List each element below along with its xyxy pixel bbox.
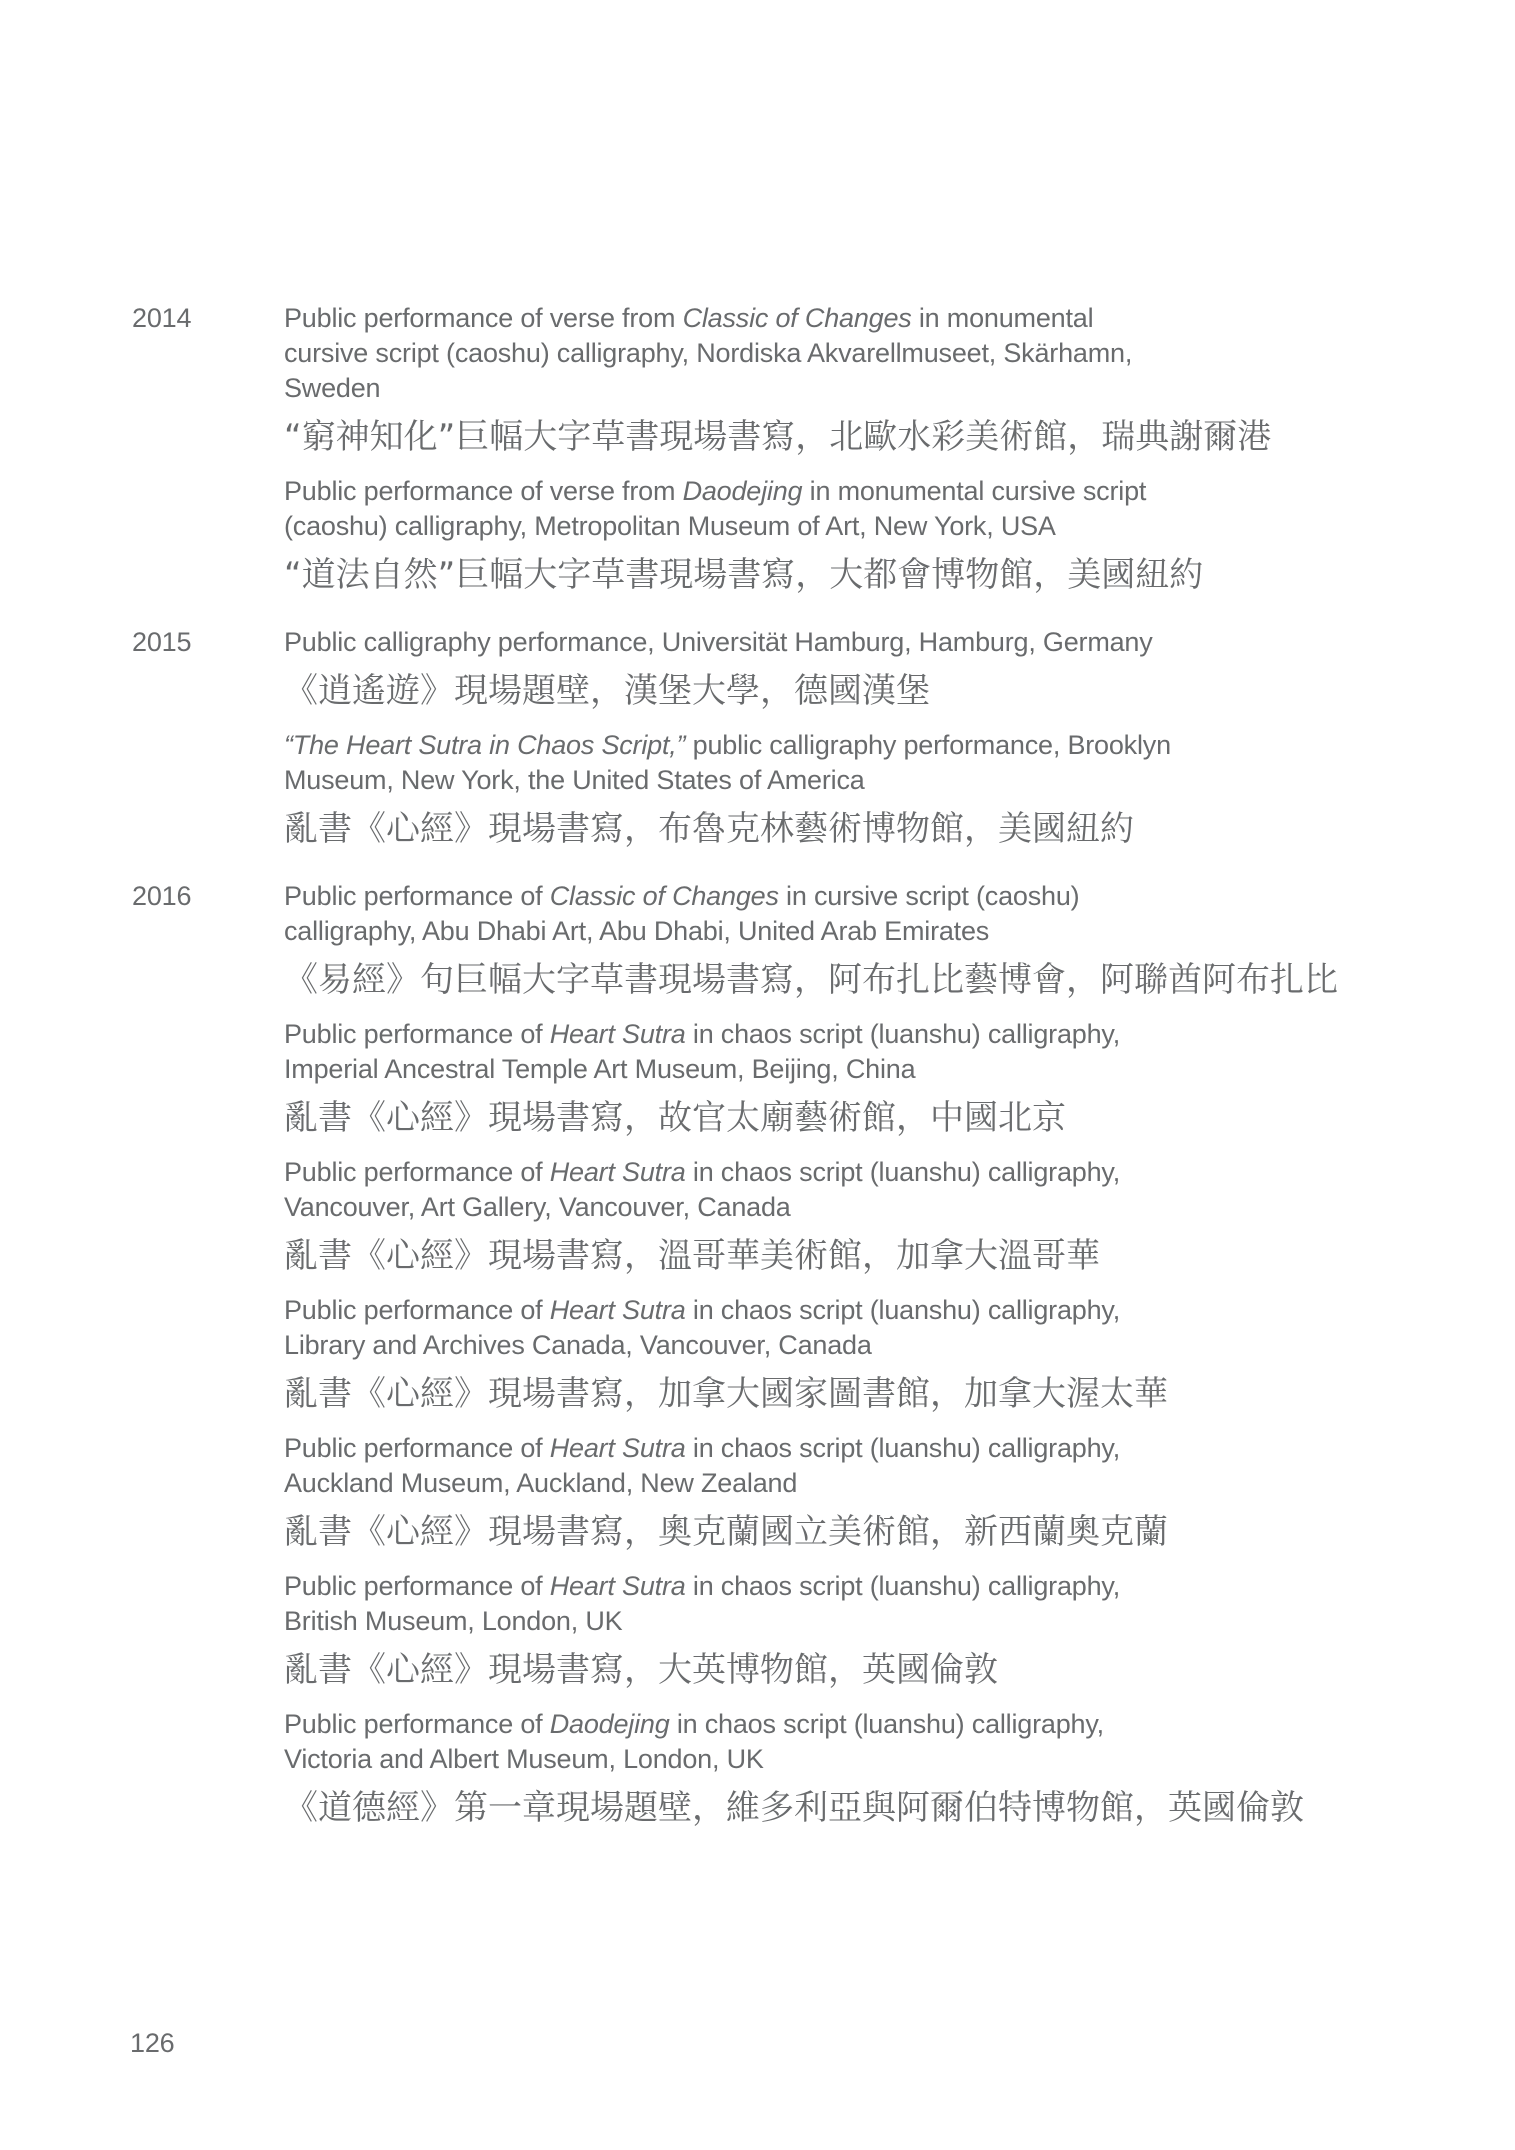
text-segment: Sweden (284, 373, 380, 403)
entry: Public performance of Heart Sutra in cha… (284, 1017, 1402, 1138)
work-title-italic: Heart Sutra (550, 1433, 686, 1463)
text-line: Public performance of Heart Sutra in cha… (284, 1569, 1402, 1604)
entry: Public performance of Daodejing in chaos… (284, 1707, 1402, 1828)
text-line: Public performance of Heart Sutra in cha… (284, 1017, 1402, 1052)
entry: Public performance of verse from Daodeji… (284, 474, 1402, 595)
text-segment: (caoshu) calligraphy, Metropolitan Museu… (284, 511, 1056, 541)
text-line: Imperial Ancestral Temple Art Museum, Be… (284, 1052, 1402, 1087)
entry-chinese: 《易經》句巨幅大字草書現場書寫，阿布扎比藝博會，阿聯酋阿布扎比 (284, 960, 1402, 1000)
text-line: Auckland Museum, Auckland, New Zealand (284, 1466, 1402, 1501)
text-segment: Public performance of (284, 1433, 550, 1463)
text-segment: Public performance of (284, 1295, 550, 1325)
text-segment: Public performance of (284, 1571, 550, 1601)
text-segment: Auckland Museum, Auckland, New Zealand (284, 1468, 797, 1498)
entry-chinese: “窮神知化”巨幅大字草書現場書寫，北歐水彩美術館，瑞典謝爾港 (284, 417, 1402, 457)
page-number: 126 (130, 2026, 174, 2061)
entry-english: “The Heart Sutra in Chaos Script,” publi… (284, 728, 1402, 798)
text-segment: Public performance of (284, 1019, 550, 1049)
text-segment: calligraphy, Abu Dhabi Art, Abu Dhabi, U… (284, 916, 989, 946)
cv-performance-list: 2014 Public performance of verse from Cl… (132, 301, 1402, 1858)
text-segment: Public performance of (284, 881, 550, 911)
text-segment: Public performance of verse from (284, 303, 683, 333)
document-page: 2014 Public performance of verse from Cl… (0, 0, 1515, 2150)
entry-english: Public performance of verse from Classic… (284, 301, 1402, 406)
text-line: (caoshu) calligraphy, Metropolitan Museu… (284, 509, 1402, 544)
year-section-2014: 2014 Public performance of verse from Cl… (132, 301, 1402, 595)
entry-english: Public performance of Classic of Changes… (284, 879, 1402, 949)
text-segment: Imperial Ancestral Temple Art Museum, Be… (284, 1054, 915, 1084)
entry-chinese: 《逍遙遊》現場題壁，漢堡大學，德國漢堡 (284, 671, 1402, 711)
text-line: British Museum, London, UK (284, 1604, 1402, 1639)
text-line: Public performance of Classic of Changes… (284, 879, 1402, 914)
entry-chinese: 亂書《心經》現場書寫，溫哥華美術館，加拿大溫哥華 (284, 1236, 1402, 1276)
work-title-italic: Classic of Changes (550, 881, 779, 911)
text-segment: in monumental cursive script (802, 476, 1146, 506)
entry: Public performance of verse from Classic… (284, 301, 1402, 457)
text-segment: Library and Archives Canada, Vancouver, … (284, 1330, 872, 1360)
entry-chinese: 《道德經》第一章現場題壁，維多利亞與阿爾伯特博物館，英國倫敦 (284, 1788, 1402, 1828)
year-section-2016: 2016 Public performance of Classic of Ch… (132, 879, 1402, 1828)
entry: Public performance of Classic of Changes… (284, 879, 1402, 1000)
text-segment: in chaos script (luanshu) calligraphy, (686, 1295, 1120, 1325)
work-title-italic: “The Heart Sutra in Chaos Script,” (284, 730, 685, 760)
year-label: 2015 (132, 625, 284, 660)
entry: Public performance of Heart Sutra in cha… (284, 1569, 1402, 1690)
text-segment: Museum, New York, the United States of A… (284, 765, 865, 795)
work-title-italic: Heart Sutra (550, 1019, 686, 1049)
text-segment: in chaos script (luanshu) calligraphy, (670, 1709, 1104, 1739)
text-segment: Public performance of (284, 1709, 550, 1739)
text-line: cursive script (caoshu) calligraphy, Nor… (284, 336, 1402, 371)
entry: Public performance of Heart Sutra in cha… (284, 1431, 1402, 1552)
work-title-italic: Classic of Changes (683, 303, 912, 333)
text-segment: Public calligraphy performance, Universi… (284, 627, 1153, 657)
entry-english: Public performance of Daodejing in chaos… (284, 1707, 1402, 1777)
entry: Public performance of Heart Sutra in cha… (284, 1293, 1402, 1414)
text-line: Public performance of verse from Daodeji… (284, 474, 1402, 509)
text-segment: in chaos script (luanshu) calligraphy, (686, 1571, 1120, 1601)
entry-english: Public calligraphy performance, Universi… (284, 625, 1402, 660)
text-line: Museum, New York, the United States of A… (284, 763, 1402, 798)
text-segment: British Museum, London, UK (284, 1606, 622, 1636)
entry-english: Public performance of Heart Sutra in cha… (284, 1155, 1402, 1225)
work-title-italic: Heart Sutra (550, 1157, 686, 1187)
text-segment: in chaos script (luanshu) calligraphy, (686, 1019, 1120, 1049)
text-segment: Vancouver, Art Gallery, Vancouver, Canad… (284, 1192, 791, 1222)
text-line: Public performance of Daodejing in chaos… (284, 1707, 1402, 1742)
text-line: Library and Archives Canada, Vancouver, … (284, 1328, 1402, 1363)
entry-english: Public performance of Heart Sutra in cha… (284, 1293, 1402, 1363)
text-segment: in chaos script (luanshu) calligraphy, (686, 1433, 1120, 1463)
text-line: Public performance of Heart Sutra in cha… (284, 1155, 1402, 1190)
entry-english: Public performance of Heart Sutra in cha… (284, 1017, 1402, 1087)
text-line: Victoria and Albert Museum, London, UK (284, 1742, 1402, 1777)
text-segment: in cursive script (caoshu) (779, 881, 1080, 911)
text-line: Public calligraphy performance, Universi… (284, 625, 1402, 660)
entry: Public performance of Heart Sutra in cha… (284, 1155, 1402, 1276)
year-label: 2016 (132, 879, 284, 914)
year-section-2015: 2015 Public calligraphy performance, Uni… (132, 625, 1402, 849)
text-line: Public performance of Heart Sutra in cha… (284, 1431, 1402, 1466)
year-entries: Public calligraphy performance, Universi… (284, 625, 1402, 849)
entry-chinese: 亂書《心經》現場書寫，故官太廟藝術館，中國北京 (284, 1098, 1402, 1138)
work-title-italic: Daodejing (683, 476, 803, 506)
text-line: “The Heart Sutra in Chaos Script,” publi… (284, 728, 1402, 763)
entry-chinese: 亂書《心經》現場書寫，加拿大國家圖書館，加拿大渥太華 (284, 1374, 1402, 1414)
year-entries: Public performance of Classic of Changes… (284, 879, 1402, 1828)
text-line: Public performance of Heart Sutra in cha… (284, 1293, 1402, 1328)
entry-chinese: 亂書《心經》現場書寫，奧克蘭國立美術館，新西蘭奧克蘭 (284, 1512, 1402, 1552)
text-segment: in chaos script (luanshu) calligraphy, (686, 1157, 1120, 1187)
entry-chinese: 亂書《心經》現場書寫，布魯克林藝術博物館，美國紐約 (284, 809, 1402, 849)
entry-english: Public performance of verse from Daodeji… (284, 474, 1402, 544)
text-segment: Public performance of (284, 1157, 550, 1187)
work-title-italic: Heart Sutra (550, 1571, 686, 1601)
text-segment: cursive script (caoshu) calligraphy, Nor… (284, 338, 1132, 368)
text-segment: Public performance of verse from (284, 476, 683, 506)
entry-chinese: “道法自然”巨幅大字草書現場書寫，大都會博物館，美國紐約 (284, 555, 1402, 595)
entry: Public calligraphy performance, Universi… (284, 625, 1402, 711)
text-segment: public calligraphy performance, Brooklyn (685, 730, 1171, 760)
text-segment: Victoria and Albert Museum, London, UK (284, 1744, 764, 1774)
work-title-italic: Heart Sutra (550, 1295, 686, 1325)
entry: “The Heart Sutra in Chaos Script,” publi… (284, 728, 1402, 849)
entry-english: Public performance of Heart Sutra in cha… (284, 1431, 1402, 1501)
year-entries: Public performance of verse from Classic… (284, 301, 1402, 595)
text-line: calligraphy, Abu Dhabi Art, Abu Dhabi, U… (284, 914, 1402, 949)
year-label: 2014 (132, 301, 284, 336)
entry-english: Public performance of Heart Sutra in cha… (284, 1569, 1402, 1639)
text-line: Public performance of verse from Classic… (284, 301, 1402, 336)
entry-chinese: 亂書《心經》現場書寫，大英博物館，英國倫敦 (284, 1650, 1402, 1690)
text-segment: in monumental (912, 303, 1094, 333)
text-line: Sweden (284, 371, 1402, 406)
text-line: Vancouver, Art Gallery, Vancouver, Canad… (284, 1190, 1402, 1225)
work-title-italic: Daodejing (550, 1709, 670, 1739)
